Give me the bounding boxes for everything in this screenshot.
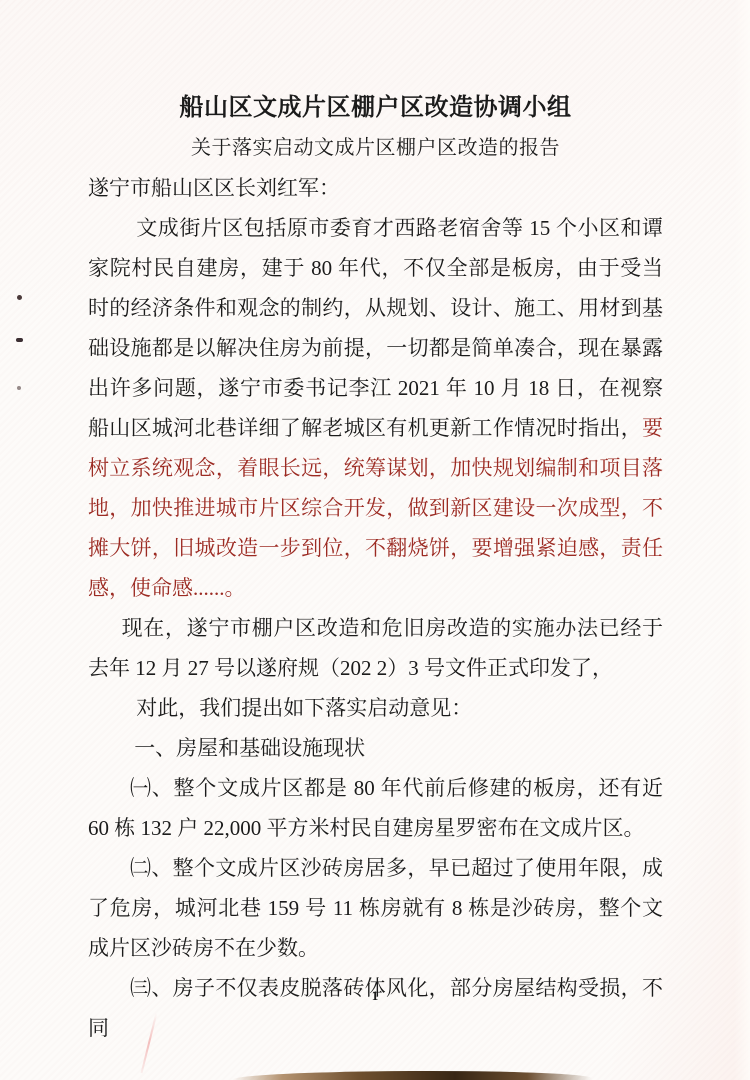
document-title: 船山区文成片区棚户区改造协调小组	[88, 88, 663, 128]
text-segment: 现在，遂宁市棚户区改造和危旧房改造的实施办法已经于去年 12 月 27 号以遂府…	[88, 616, 663, 680]
ink-speck	[16, 338, 23, 342]
document-body: 文成街片区包括原市委育才西路老宿舍等 15 个小区和谭家院村民自建房，建于 80…	[88, 208, 663, 1048]
paragraph-intro: 文成街片区包括原市委育才西路老宿舍等 15 个小区和谭家院村民自建房，建于 80…	[88, 208, 663, 608]
list-item-2: ㈡、整个文成片区沙砖房居多，早已超过了使用年限，成了危房，城河北巷 159 号 …	[88, 848, 663, 968]
scan-bottom-edge	[232, 1071, 592, 1080]
section-heading: 一、房屋和基础设施现状	[88, 728, 663, 768]
text-segment: ㈢、房子不仅表皮脱落砖体风化，部分房屋结构受损，不同	[88, 976, 663, 1040]
emphasis-red-text: 要树立系统观念，着眼长远，统筹谋划，加快规划编制和项目落地，加快推进城市片区综合…	[88, 416, 663, 600]
text-segment: 对此，我们提出如下落实启动意见：	[136, 696, 472, 720]
text-segment: 文成街片区包括原市委育才西路老宿舍等 15 个小区和谭家院村民自建房，建于 80…	[88, 216, 663, 440]
text-segment: ㈠、整个文成片区都是 80 年代前后修建的板房，还有近 60 栋 132 户 2…	[88, 776, 663, 840]
text-segment: 一、房屋和基础设施现状	[134, 736, 365, 760]
page-number: 1	[0, 988, 750, 1004]
document-subtitle: 关于落实启动文成片区棚户区改造的报告	[88, 128, 663, 168]
text-segment: ㈡、整个文成片区沙砖房居多，早已超过了使用年限，成了危房，城河北巷 159 号 …	[88, 856, 663, 960]
list-item-1: ㈠、整个文成片区都是 80 年代前后修建的板房，还有近 60 栋 132 户 2…	[88, 768, 663, 848]
scan-right-edge	[734, 0, 750, 1080]
salutation-line: 遂宁市船山区区长刘红军：	[88, 168, 663, 208]
document-page: 船山区文成片区棚户区改造协调小组 关于落实启动文成片区棚户区改造的报告 遂宁市船…	[88, 88, 663, 1048]
ink-speck	[17, 386, 21, 390]
scanned-document: { "colors": { "ink": "#1b1b1b", "red": "…	[0, 0, 750, 1080]
list-item-3: ㈢、房子不仅表皮脱落砖体风化，部分房屋结构受损，不同	[88, 968, 663, 1048]
ink-speck	[17, 295, 22, 300]
paragraph-lead-in: 对此，我们提出如下落实启动意见：	[88, 688, 663, 728]
paragraph-policy: 现在，遂宁市棚户区改造和危旧房改造的实施办法已经于去年 12 月 27 号以遂府…	[88, 608, 663, 688]
